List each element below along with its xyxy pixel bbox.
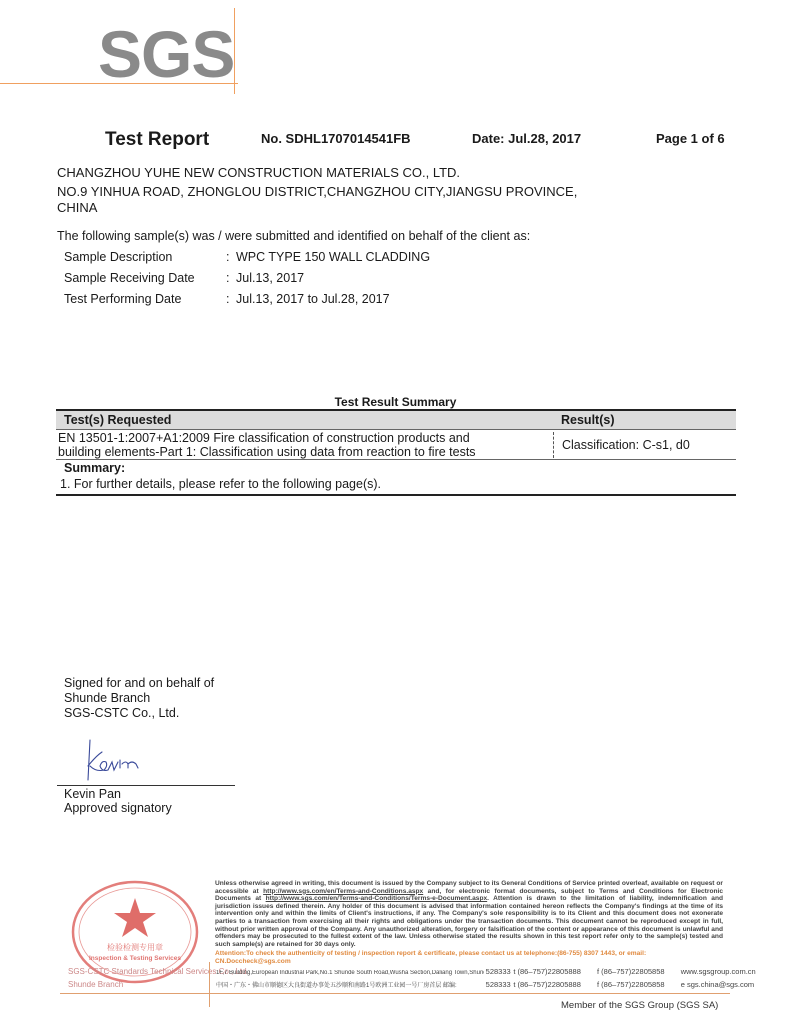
report-title: Test Report bbox=[105, 129, 209, 151]
info-value: WPC TYPE 150 WALL CLADDING bbox=[236, 250, 430, 264]
address-row-en: 1F,7 Building,European Industrial Park,N… bbox=[216, 967, 756, 976]
logo-accent-line bbox=[0, 83, 238, 84]
header-result: Result(s) bbox=[561, 413, 614, 427]
summary-heading: Summary: bbox=[56, 460, 736, 476]
info-row-sample-description: Sample Description:WPC TYPE 150 WALL CLA… bbox=[64, 250, 430, 264]
email-link[interactable]: e sgs.china@sgs.com bbox=[681, 980, 754, 989]
logo-text: SGS bbox=[98, 18, 234, 90]
table-title: Test Result Summary bbox=[0, 395, 791, 409]
info-label: Test Performing Date bbox=[64, 292, 226, 306]
address-cn: 中国・广东・佛山市顺德区大良街道办事处五沙顺和南路1号欧洲工业园一号厂房首层 邮… bbox=[216, 980, 484, 989]
info-row-receiving-date: Sample Receiving Date:Jul.13, 2017 bbox=[64, 271, 304, 285]
test-result: Classification: C-s1, d0 bbox=[562, 438, 690, 452]
client-name: CHANGZHOU YUHE NEW CONSTRUCTION MATERIAL… bbox=[57, 164, 460, 181]
address-en: 1F,7 Building,European Industrial Park,N… bbox=[216, 970, 484, 976]
signed-for-line: Signed for and on behalf of bbox=[64, 676, 214, 691]
branch-line: Shunde Branch bbox=[64, 691, 150, 706]
sample-intro: The following sample(s) was / were submi… bbox=[57, 229, 530, 243]
summary-text: 1. For further details, please refer to … bbox=[56, 476, 736, 494]
info-row-performing-date: Test Performing Date:Jul.13, 2017 to Jul… bbox=[64, 292, 390, 306]
footer-accent-line bbox=[60, 993, 730, 994]
footer-accent-line-vertical bbox=[209, 962, 210, 1007]
info-label: Sample Description bbox=[64, 250, 226, 264]
test-line2: building elements-Part 1: Classification… bbox=[58, 445, 548, 459]
signatory-role: Approved signatory bbox=[64, 801, 172, 816]
postcode: 528333 bbox=[486, 967, 512, 976]
svg-text:检验检测专用章: 检验检测专用章 bbox=[107, 942, 163, 952]
e-document-terms-link[interactable]: http://www.sgs.com/en/Terms-and-Conditio… bbox=[266, 895, 488, 902]
info-value: Jul.13, 2017 to Jul.28, 2017 bbox=[236, 292, 390, 306]
test-result-summary-table: Test(s) Requested Result(s) EN 13501-1:2… bbox=[56, 409, 736, 496]
logo-accent-line-vertical bbox=[234, 8, 235, 94]
fax: f (86–757)22805858 bbox=[597, 980, 679, 989]
column-divider bbox=[553, 432, 554, 458]
signature-line bbox=[57, 785, 235, 786]
company-line: SGS-CSTC Co., Ltd. bbox=[64, 706, 179, 721]
table-bottom-rule bbox=[56, 494, 736, 496]
svg-text:Inspection & Testing Services: Inspection & Testing Services bbox=[89, 955, 181, 962]
postcode: 528333 bbox=[486, 980, 512, 989]
test-line1: EN 13501-1:2007+A1:2009 Fire classificat… bbox=[58, 431, 548, 445]
info-value: Jul.13, 2017 bbox=[236, 271, 304, 285]
test-requested: EN 13501-1:2007+A1:2009 Fire classificat… bbox=[58, 431, 548, 459]
legal-disclaimer: Unless otherwise agreed in writing, this… bbox=[215, 880, 723, 948]
handwritten-signature bbox=[82, 736, 152, 784]
website-link[interactable]: www.sgsgroup.com.cn bbox=[681, 967, 756, 976]
sgs-logo: SGS bbox=[98, 14, 238, 94]
telephone: t (86–757)22805888 bbox=[513, 967, 595, 976]
authenticity-notice: Attention:To check the authenticity of t… bbox=[215, 950, 723, 965]
client-address-line2: CHINA bbox=[57, 199, 97, 216]
header-test: Test(s) Requested bbox=[64, 413, 171, 427]
sgs-member-note: Member of the SGS Group (SGS SA) bbox=[561, 1000, 718, 1011]
telephone: t (86–757)22805888 bbox=[513, 980, 595, 989]
signatory-name: Kevin Pan bbox=[64, 787, 121, 802]
report-number: No. SDHL1707014541FB bbox=[261, 131, 411, 146]
info-label: Sample Receiving Date bbox=[64, 271, 226, 285]
table-header: Test(s) Requested Result(s) bbox=[56, 411, 736, 429]
report-date: Date: Jul.28, 2017 bbox=[472, 131, 581, 146]
table-row: EN 13501-1:2007+A1:2009 Fire classificat… bbox=[56, 430, 736, 459]
fax: f (86–757)22805858 bbox=[597, 967, 679, 976]
page-number: Page 1 of 6 bbox=[656, 131, 725, 146]
client-address-line1: NO.9 YINHUA ROAD, ZHONGLOU DISTRICT,CHAN… bbox=[57, 183, 577, 200]
stamp-branch-text: Shunde Branch bbox=[68, 980, 123, 989]
address-row-cn: 中国・广东・佛山市顺德区大良街道办事处五沙顺和南路1号欧洲工业园一号厂房首层 邮… bbox=[216, 980, 754, 989]
terms-link[interactable]: http://www.sgs.com/en/Terms-and-Conditio… bbox=[263, 888, 423, 895]
disclaimer-text: . Attention is drawn to the limitation o… bbox=[215, 895, 723, 948]
